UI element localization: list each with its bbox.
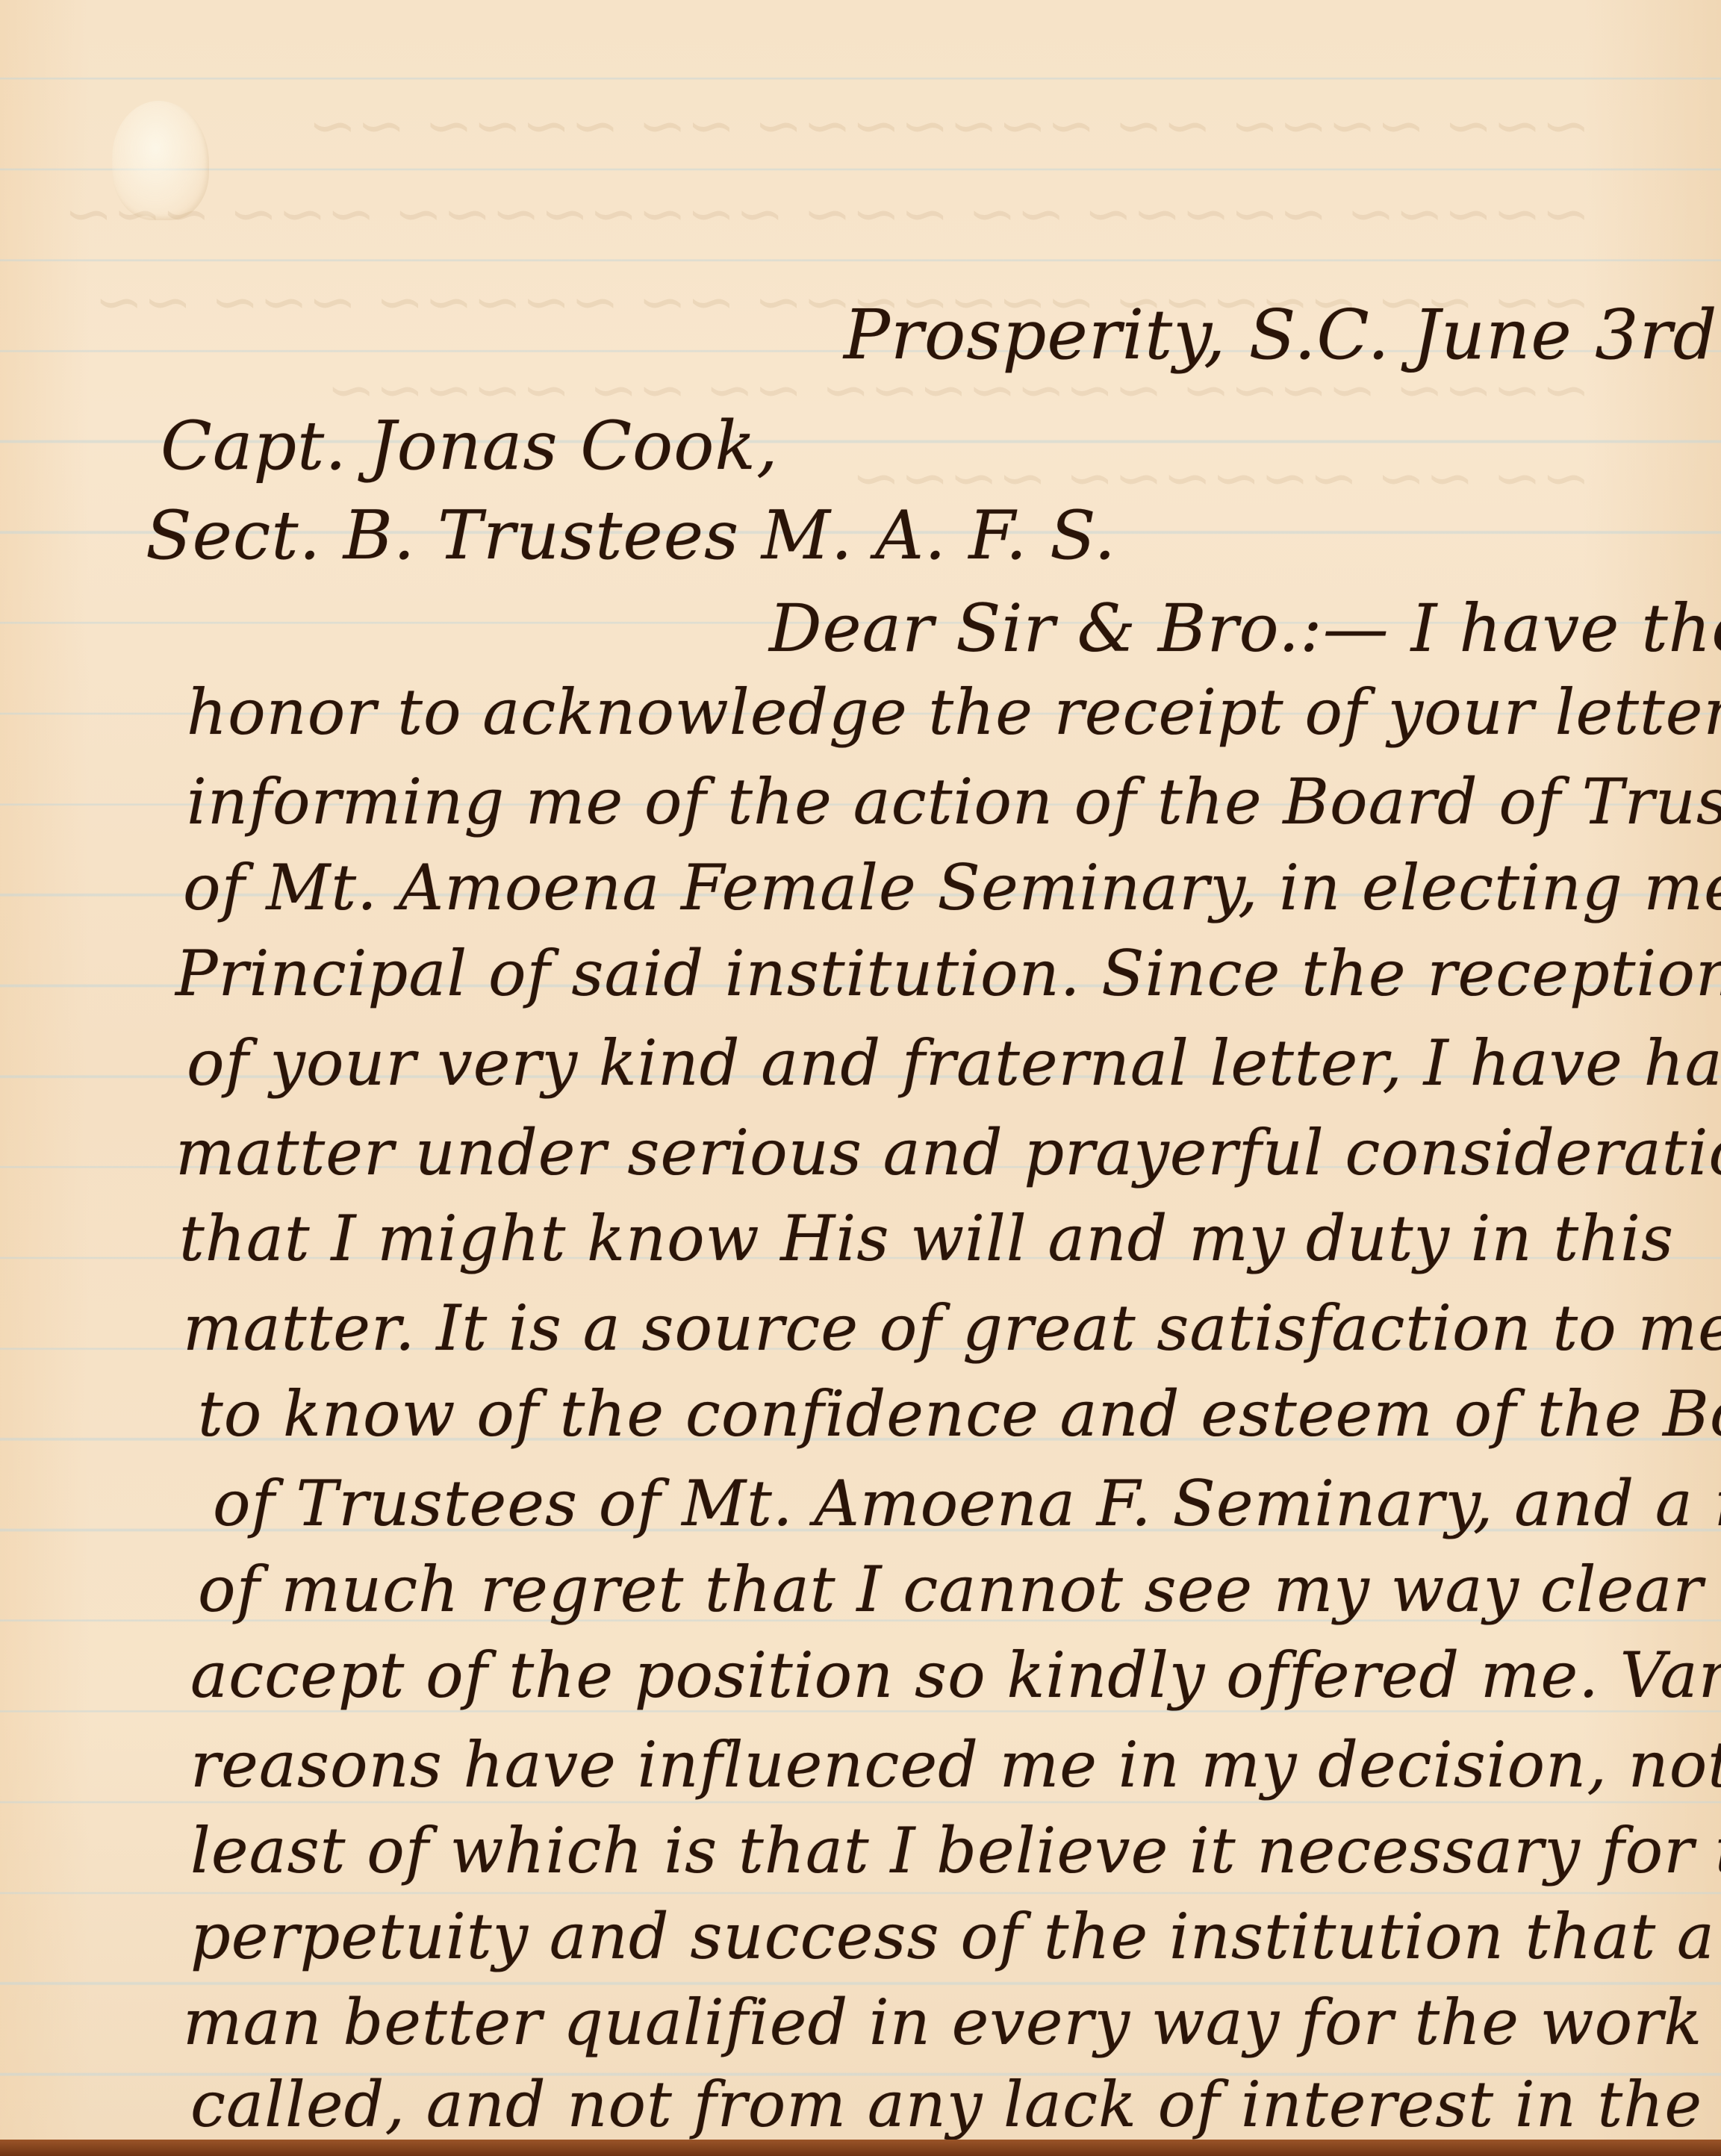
body-line: reasons have influenced me in my decisio… [190,1728,1721,1801]
date-line: Prosperity, S.C. June 3rd. 1891 [844,295,1721,375]
body-line: to know of the confidence and esteem of … [198,1377,1721,1451]
body-line: matter. It is a source of great satisfac… [183,1292,1721,1365]
letter-page: ~~~ ~~~~ ~~ ~~~~~~~ ~~ ~~~~ ~~ ~~~~~ ~~~… [0,0,1721,2140]
body-line: accept of the position so kindly offered… [190,1639,1721,1712]
recipient-title: Sect. B. Trustees M. A. F. S. [146,496,1116,575]
body-line: informing me of the action of the Board … [187,765,1721,838]
recipient-name: Capt. Jonas Cook, [161,407,779,485]
body-line: honor to acknowledge the receipt of your… [187,676,1721,749]
body-line: of much regret that I cannot see my way … [198,1553,1721,1626]
body-line: that I might know His will and my duty i… [179,1202,1674,1275]
embossed-portrait-icon [112,101,209,220]
body-line: man better qualified in every way for th… [183,1986,1721,2059]
body-line: matter under serious and prayerful consi… [175,1116,1721,1189]
body-line: of Mt. Amoena Female Seminary, in electi… [183,851,1721,924]
body-line: perpetuity and success of the institutio… [190,1900,1715,1973]
body-line: called, and not from any lack of interes… [190,2068,1702,2140]
body-line: of Trustees of Mt. Amoena F. Seminary, a… [213,1467,1721,1540]
body-line: of your very kind and fraternal letter, … [187,1026,1721,1100]
salutation: Dear Sir & Bro.:— I have the [769,590,1721,667]
body-line: least of which is that I believe it nece… [190,1814,1721,1887]
page-bottom-edge [0,2140,1721,2156]
body-line: Principal of said institution. Since the… [175,937,1721,1010]
